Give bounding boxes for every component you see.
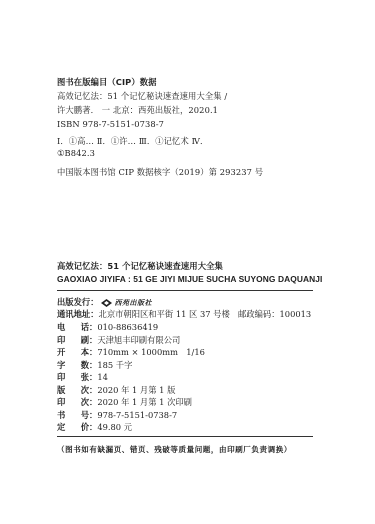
cip-heading: 图书在版编目（CIP）数据	[57, 77, 157, 88]
quality-notice: （图书如有缺漏页、错页、残破等质量问题，由印刷厂负责调换）	[57, 444, 292, 455]
detail-row-edition: 版次 ： 2020 年 1 月第 1 版	[57, 385, 175, 396]
colon: ：	[89, 347, 97, 358]
detail-label: 定价	[57, 422, 89, 433]
colon: ：	[89, 385, 97, 396]
detail-label: 开本	[57, 347, 89, 358]
detail-label: 印张	[57, 372, 89, 383]
colon: ：	[89, 397, 97, 408]
detail-value: 2020 年 1 月第 1 次印刷	[97, 397, 192, 408]
detail-row-isbn: 书号 ： 978-7-5151-0738-7	[57, 410, 177, 421]
address-label: 通讯地址	[57, 309, 90, 320]
detail-value: 14	[97, 372, 108, 383]
detail-value: 710mm × 1000mm 1/16	[97, 347, 205, 358]
detail-row-sheets: 印张 ： 14	[57, 372, 108, 383]
copyright-page: 图书在版编目（CIP）数据 高效记忆法：51 个记忆秘诀速查速用大全集 / 许大…	[0, 0, 375, 524]
publisher-logo-text: 西苑出版社	[115, 297, 153, 308]
detail-label: 版次	[57, 385, 89, 396]
cip-classification: Ⅰ．①高… Ⅱ．①许… Ⅲ．①记忆术 Ⅳ．	[57, 136, 208, 147]
detail-row-price: 定价 ： 49.80 元	[57, 422, 132, 433]
detail-row-word-count: 字数 ： 185 千字	[57, 360, 132, 371]
top-divider	[57, 290, 313, 291]
detail-label: 印次	[57, 397, 89, 408]
detail-row-phone: 电话 ： 010-88636419	[57, 322, 158, 333]
detail-value: 010-88636419	[97, 322, 158, 333]
detail-label: 印刷	[57, 335, 89, 346]
publisher-row: 出版发行 ： 西苑出版社	[57, 297, 152, 308]
detail-value: 978-7-5151-0738-7	[97, 410, 177, 421]
detail-label: 书号	[57, 410, 89, 421]
colon: ：	[89, 360, 97, 371]
colon: ：	[90, 309, 98, 320]
detail-row-format: 开本 ： 710mm × 1000mm 1/16	[57, 347, 205, 358]
detail-label: 电话	[57, 322, 89, 333]
detail-row-printing: 印次 ： 2020 年 1 月第 1 次印刷	[57, 397, 192, 408]
detail-value: 49.80 元	[97, 422, 132, 433]
book-title-cn: 高效记忆法：51 个记忆秘诀速查速用大全集	[57, 261, 223, 272]
detail-value: 2020 年 1 月第 1 版	[97, 385, 175, 396]
detail-row-printer: 印刷 ： 天津旭丰印刷有限公司	[57, 335, 180, 346]
cip-isbn-line: ISBN 978-7-5151-0738-7	[57, 119, 164, 130]
cip-classification-code: ①B842.3	[57, 148, 95, 159]
book-title-pinyin: GAOXIAO JIYIFA : 51 GE JIYI MIJUE SUCHA …	[57, 274, 322, 285]
detail-value: 天津旭丰印刷有限公司	[97, 335, 180, 346]
address-value: 北京市朝阳区和平街 11 区 37 号楼 邮政编码：100013	[99, 309, 312, 320]
cip-record-number: 中国版本图书馆 CIP 数据核字（2019）第 293237 号	[57, 167, 263, 178]
publisher-logo: 西苑出版社	[101, 297, 153, 308]
colon: ：	[90, 297, 98, 308]
cip-title-line: 高效记忆法：51 个记忆秘诀速查速用大全集 /	[57, 91, 227, 102]
publisher-logo-icon	[101, 299, 112, 307]
colon: ：	[89, 322, 97, 333]
colon: ：	[89, 422, 97, 433]
cip-author-line: 许大鹏著． 一 北京：西苑出版社，2020.1	[57, 105, 218, 116]
address-row: 通讯地址 ： 北京市朝阳区和平街 11 区 37 号楼 邮政编码：100013	[57, 309, 311, 320]
detail-value: 185 千字	[97, 360, 132, 371]
colon: ：	[89, 335, 97, 346]
bottom-divider	[57, 436, 313, 437]
colon: ：	[89, 372, 97, 383]
publisher-label: 出版发行	[57, 297, 90, 308]
colon: ：	[89, 410, 97, 421]
detail-label: 字数	[57, 360, 89, 371]
